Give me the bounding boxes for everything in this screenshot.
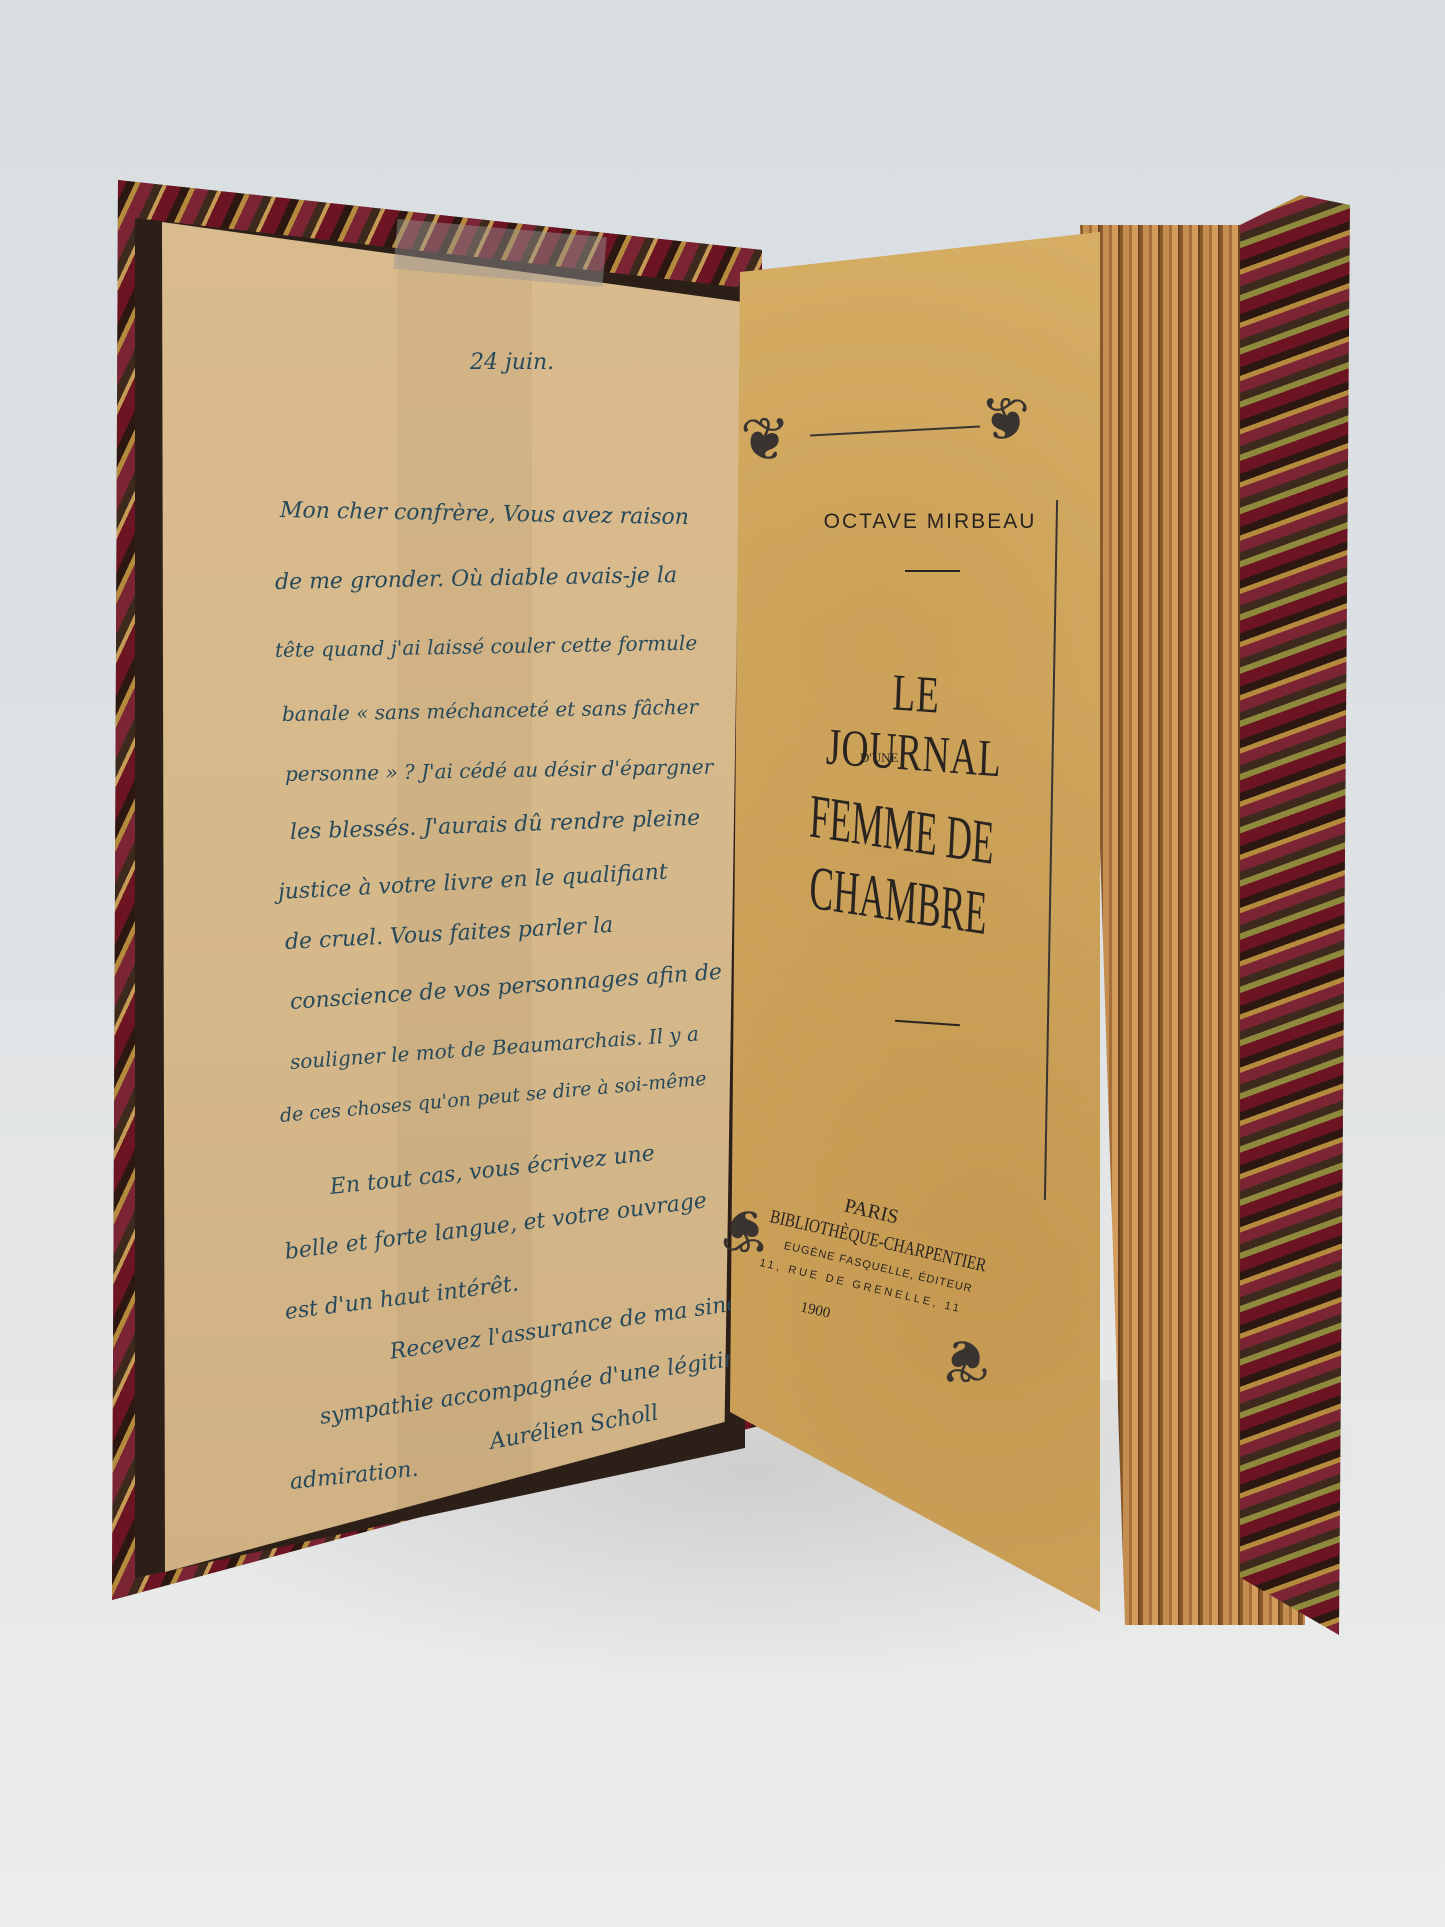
corner-ornament-bottom-left-icon: ❦ bbox=[720, 1200, 770, 1260]
corner-ornament-top-right-icon: ❦ bbox=[980, 390, 1030, 450]
title-connector: D'UNE bbox=[860, 750, 898, 766]
book-photo: 24 juin. Mon cher confrère, Vous avez ra… bbox=[0, 0, 1445, 1927]
back-cover-marbled-board bbox=[1240, 195, 1350, 1635]
letter-date: 24 juin. bbox=[470, 350, 554, 375]
author-name: OCTAVE MIRBEAU bbox=[810, 510, 1050, 534]
divider-rule bbox=[905, 570, 960, 572]
corner-ornament-top-left-icon: ❦ bbox=[740, 410, 790, 470]
corner-ornament-bottom-right-icon: ❦ bbox=[940, 1330, 990, 1390]
title-line-1: LE JOURNAL bbox=[812, 658, 1018, 790]
